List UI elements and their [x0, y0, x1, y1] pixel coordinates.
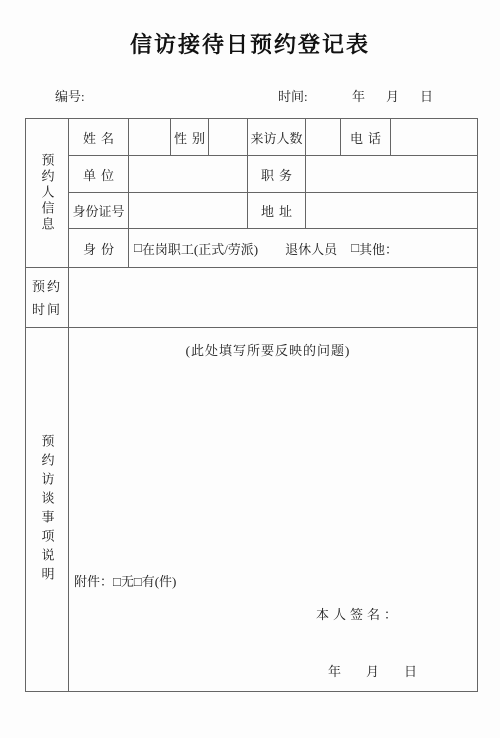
form-page: 信访接待日预约登记表 编号: 时间: 年 月 日 预约人信息 预约 时间 预约访…	[0, 0, 500, 738]
address-label: 地址	[248, 193, 306, 228]
identity-label: 身份	[69, 229, 129, 267]
applicant-info-section: 预约人信息	[26, 119, 68, 268]
address-value-cell	[306, 193, 477, 228]
section-label-column: 预约人信息 预约 时间 预约访谈事项说明	[26, 119, 69, 691]
time-label: 时间:	[278, 86, 308, 105]
row-id-address: 身份证号 地址	[69, 193, 477, 229]
attachment-checkbox-options: □无□有(件)	[113, 574, 176, 589]
name-value-cell	[129, 119, 171, 155]
appointment-time-label-line2: 时间	[32, 298, 62, 321]
applicant-info-section-label: 预约人信息	[38, 153, 57, 233]
row-name-gender-visitors-phone: 姓名 性别 来访人数 电话	[69, 119, 477, 156]
row-identity: 身份 □在岗职工(正式/劳派)退休人员□其他：	[69, 229, 477, 268]
statement-section: 预约访谈事项说明	[26, 328, 68, 691]
signature-label: 本人签名：	[316, 604, 401, 623]
id-number-value-cell	[129, 193, 248, 228]
identity-option-retired: 退休人员	[285, 239, 337, 258]
header-date-placeholder: 年 月 日	[352, 86, 437, 105]
registration-table: 预约人信息 预约 时间 预约访谈事项说明 姓名 性别 来访人数 电话	[25, 118, 478, 692]
form-fields-column: 姓名 性别 来访人数 电话 单位 职务 身份证号 地址	[69, 119, 477, 691]
statement-hint: (此处填写所要反映的问题)	[69, 340, 467, 359]
appointment-time-value-cell	[69, 268, 477, 327]
statement-section-label: 预约访谈事项说明	[38, 434, 57, 586]
meta-row: 编号: 时间: 年 月 日	[0, 86, 500, 104]
appointment-time-label-line1: 预约	[32, 275, 62, 298]
row-appointment-time	[69, 268, 477, 328]
employee-checkbox-icon: □	[134, 240, 142, 256]
position-value-cell	[306, 156, 477, 192]
identity-options-cell: □在岗职工(正式/劳派)退休人员□其他：	[129, 229, 477, 267]
phone-label: 电话	[341, 119, 391, 155]
identity-option-other: 其他：	[359, 239, 398, 258]
row-unit-position: 单位 职务	[69, 156, 477, 193]
phone-value-cell	[391, 119, 477, 155]
unit-value-cell	[129, 156, 248, 192]
attachment-label: 附件：	[74, 574, 113, 589]
position-label: 职务	[248, 156, 306, 192]
number-label: 编号:	[55, 86, 85, 105]
attachment-line: 附件：□无□有(件)	[74, 571, 176, 590]
row-statement: (此处填写所要反映的问题) 附件：□无□有(件) 本人签名： 年 月 日	[69, 328, 477, 691]
form-title: 信访接待日预约登记表	[0, 28, 500, 59]
visitors-label: 来访人数	[248, 119, 306, 155]
id-number-label: 身份证号	[69, 193, 129, 228]
footer-date-placeholder: 年 月 日	[328, 661, 423, 680]
gender-label: 性别	[171, 119, 209, 155]
unit-label: 单位	[69, 156, 129, 192]
gender-value-cell	[209, 119, 248, 155]
name-label: 姓名	[69, 119, 129, 155]
visitors-value-cell	[306, 119, 341, 155]
appointment-time-section: 预约 时间	[26, 268, 68, 328]
identity-option-employee: 在岗职工(正式/劳派)	[142, 239, 258, 258]
other-checkbox-icon: □	[351, 240, 359, 256]
